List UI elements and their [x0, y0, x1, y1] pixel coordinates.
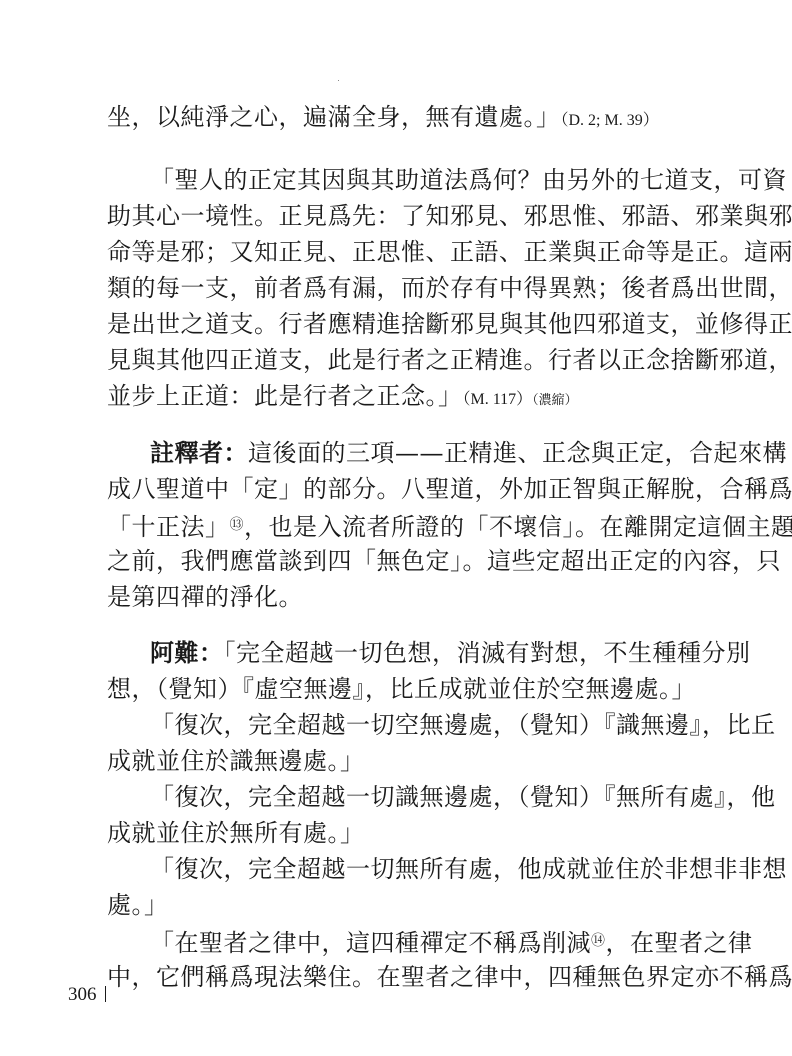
text-line: 阿難：「完全超越一切色想，消滅有對想，不生種種分別 — [150, 638, 707, 668]
text-line: 「在聖者之律中，這四種禪定不稱爲削減⑭，在聖者之律 — [150, 926, 707, 956]
footnote-marker[interactable]: ⑬ — [230, 517, 245, 533]
page-number: 306 — [68, 984, 106, 1006]
line-text: 「十正法」 — [107, 513, 230, 541]
text-line: 「復次，完全超越一切無所有處，他成就並住於非想非非想 — [150, 854, 707, 884]
citation: （M. 117） — [463, 391, 533, 408]
text-line: 類的每一支，前者爲有漏，而於存有中得異熟；後者爲出世間， — [107, 273, 707, 303]
line-text: 成就並住於識無邊處。」 — [107, 747, 365, 775]
line-text: 見與其他四正道支，此是行者之正精進。行者以正念捨斷邪道， — [107, 346, 792, 374]
line-text: ，在聖者之律 — [606, 929, 753, 957]
footnote-marker[interactable]: ⑭ — [591, 933, 606, 949]
line-text: 是出世之道支。行者應精進捨斷邪見與其他四邪道支，並修得正 — [107, 310, 792, 338]
book-page: 坐，以純淨之心，遍滿全身，無有遺處。」（D. 2; M. 39） 「聖人的正定其… — [0, 0, 792, 1056]
line-text: 命等是邪；又知正見、正思惟、正語、正業與正命等是正。這兩 — [107, 238, 792, 266]
text-line: 助其心一境性。正見爲先：了知邪見、邪思惟、邪語、邪業與邪 — [107, 201, 707, 231]
line-text: 並步上正道：此是行者之正念。」 — [107, 382, 463, 410]
speaker-label: 阿難： — [150, 638, 224, 667]
citation: （D. 2; M. 39） — [561, 112, 659, 129]
quote-text: 坐，以純淨之心，遍滿全身，無有遺處。」 — [107, 103, 561, 131]
text-line: 「復次，完全超越一切識無邊處，（覺知）『無所有處』，他 — [150, 782, 707, 812]
folio-divider — [105, 986, 106, 1002]
text-line: 註釋者：這後面的三項——正精進、正念與正定，合起來構 — [150, 438, 707, 468]
text-line: 成就並住於識無邊處。」 — [107, 746, 707, 776]
speaker-label: 註釋者： — [150, 438, 248, 467]
text-line: 命等是邪；又知正見、正思惟、正語、正業與正命等是正。這兩 — [107, 237, 707, 267]
line-text: 成八聖道中「定」的部分。八聖道，外加正智與正解脫，合稱爲 — [107, 475, 792, 503]
line-text: 「在聖者之律中，這四種禪定不稱爲削減 — [150, 929, 591, 957]
scan-speck — [338, 80, 339, 81]
text-line: 並步上正道：此是行者之正念。」（M. 117）（濃縮） — [107, 381, 707, 411]
line-text: ，也是入流者所證的「不壞信」。在離開定這個主題 — [244, 513, 792, 541]
text-line: 「十正法」⑬，也是入流者所證的「不壞信」。在離開定這個主題 — [107, 510, 707, 540]
line-text: 是第四禪的淨化。 — [107, 583, 303, 611]
text-line: 成就並住於無所有處。」 — [107, 818, 707, 848]
line-text: 這後面的三項——正精進、正念與正定，合起來構 — [248, 439, 787, 467]
line-text: 「復次，完全超越一切空無邊處，（覺知）『識無邊』，比丘 — [150, 711, 776, 739]
line-text: 成就並住於無所有處。」 — [107, 819, 365, 847]
condensed-note: （濃縮） — [532, 392, 578, 407]
page-number-text: 306 — [68, 984, 97, 1005]
text-line: 處。」 — [107, 890, 707, 920]
text-line: 是出世之道支。行者應精進捨斷邪見與其他四邪道支，並修得正 — [107, 309, 707, 339]
text-line: 「復次，完全超越一切空無邊處，（覺知）『識無邊』，比丘 — [150, 710, 707, 740]
line-text: 「復次，完全超越一切無所有處，他成就並住於非想非非想 — [150, 855, 787, 883]
text-line: 中，它們稱爲現法樂住。在聖者之律中，四種無色界定亦不稱爲 — [107, 962, 707, 992]
line-text: 想，（覺知）『虛空無邊』，比丘成就並住於空無邊處。」 — [107, 675, 696, 703]
text-line: 之前，我們應當談到四「無色定」。這些定超出正定的內容，只 — [107, 546, 707, 576]
text-line: 成八聖道中「定」的部分。八聖道，外加正智與正解脫，合稱爲 — [107, 474, 707, 504]
line-text: 處。」 — [107, 891, 169, 919]
line-text: 助其心一境性。正見爲先：了知邪見、邪思惟、邪語、邪業與邪 — [107, 202, 792, 230]
text-line: 「聖人的正定其因與其助道法爲何？由另外的七道支，可資 — [150, 165, 707, 195]
line-text: 類的每一支，前者爲有漏，而於存有中得異熟；後者爲出世間， — [107, 274, 792, 302]
text-line: 見與其他四正道支，此是行者之正精進。行者以正念捨斷邪道， — [107, 345, 707, 375]
line-text: 之前，我們應當談到四「無色定」。這些定超出正定的內容，只 — [107, 547, 781, 575]
line-text: 中，它們稱爲現法樂住。在聖者之律中，四種無色界定亦不稱爲 — [107, 963, 792, 991]
line-text: 「聖人的正定其因與其助道法爲何？由另外的七道支，可資 — [150, 166, 787, 194]
text-line: 坐，以純淨之心，遍滿全身，無有遺處。」（D. 2; M. 39） — [107, 102, 707, 132]
line-text: 「完全超越一切色想，消滅有對想，不生種種分別 — [224, 639, 751, 667]
text-line: 是第四禪的淨化。 — [107, 582, 707, 612]
text-line: 想，（覺知）『虛空無邊』，比丘成就並住於空無邊處。」 — [107, 674, 707, 704]
line-text: 「復次，完全超越一切識無邊處，（覺知）『無所有處』，他 — [150, 783, 776, 811]
